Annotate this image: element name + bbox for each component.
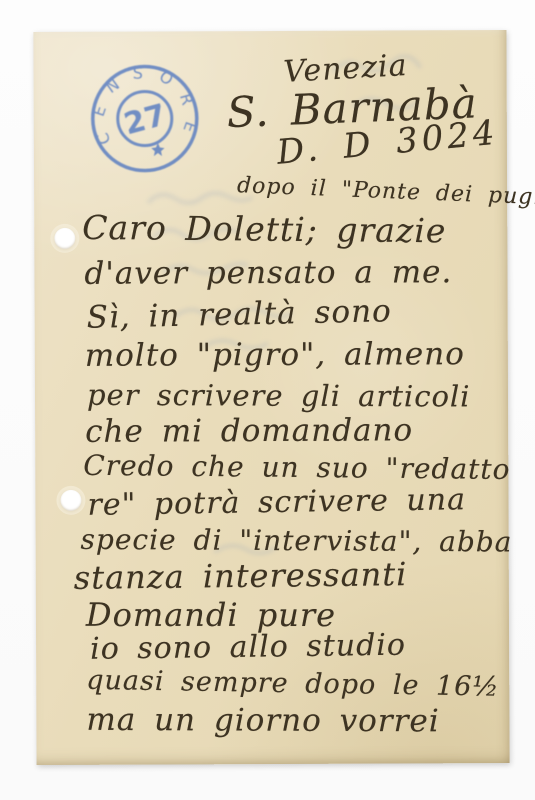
letter-line: per scrivere gli articoli xyxy=(87,378,471,414)
letter-page: CENSORE 27 Venezia S. Barnabà D. D 3024 … xyxy=(33,30,509,765)
letter-line: che mi domandano xyxy=(85,412,413,449)
letter-line: io sono allo studio xyxy=(90,628,406,667)
letter-line: re" potrà scrivere una xyxy=(87,482,466,523)
stamp-number: 27 xyxy=(120,98,169,143)
letter-line: Credo che un suo "redatto xyxy=(83,449,510,486)
letter-line: specie di "intervista", abba xyxy=(81,523,513,559)
letter-line: Sì, in realtà sono xyxy=(86,293,392,336)
letter-line: molto "pigro", almeno xyxy=(85,336,465,374)
censor-stamp: CENSORE 27 xyxy=(82,55,209,182)
letter-line: ma un giorno vorrei xyxy=(86,702,439,740)
punch-hole xyxy=(60,490,81,511)
letter-line: d'aver pensato a me. xyxy=(84,254,452,292)
letter-line: Caro Doletti; grazie xyxy=(82,208,447,250)
punch-hole xyxy=(54,228,75,249)
letter-line: stanza interessanti xyxy=(74,555,408,597)
